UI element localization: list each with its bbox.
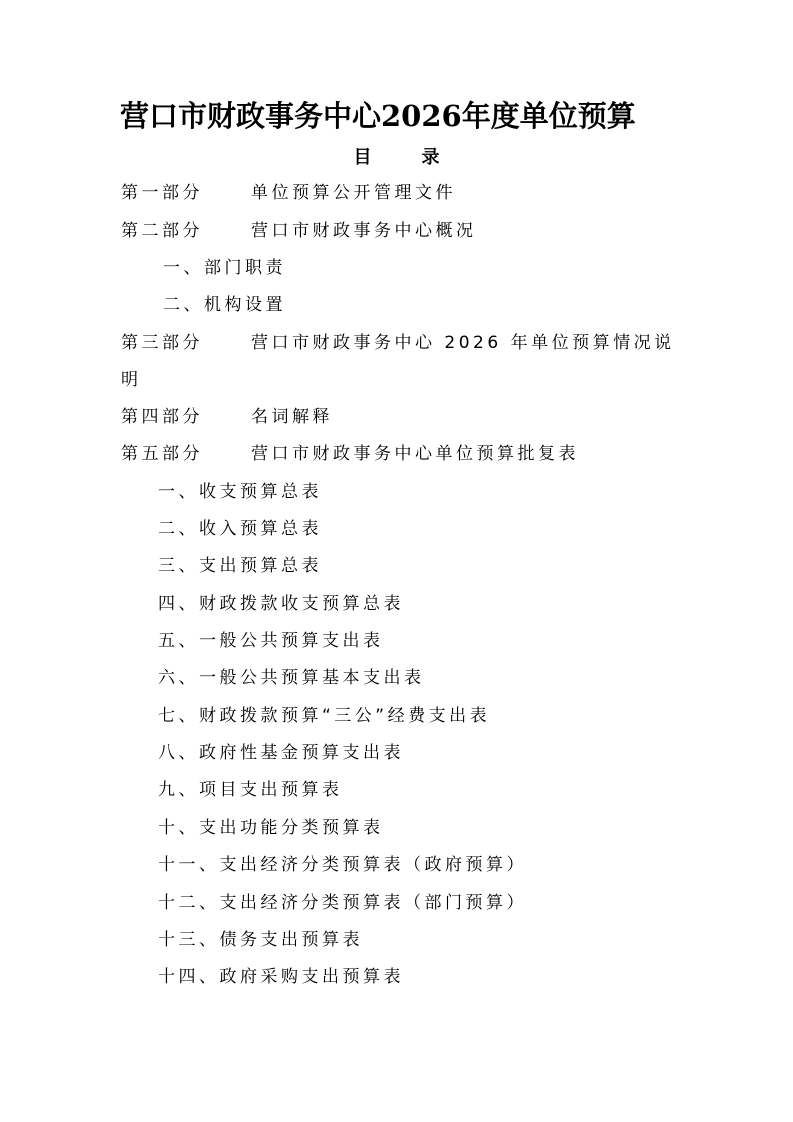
- document-title: 营口市财政事务中心2026年度单位预算: [120, 96, 636, 136]
- part-title: 名词解释: [251, 407, 333, 427]
- toc-part-4[interactable]: 第四部分名词解释: [121, 405, 333, 429]
- part-title: 营口市财政事务中心单位预算批复表: [251, 444, 579, 464]
- part-label: 第四部分: [121, 405, 251, 429]
- toc-item-part5-7[interactable]: 七、财政拨款预算“三公”经费支出表: [158, 704, 490, 728]
- toc-heading: 目录: [0, 146, 793, 170]
- toc-item-part5-11[interactable]: 十一、支出经济分类预算表（政府预算）: [158, 853, 527, 877]
- document-page: 营口市财政事务中心2026年度单位预算 目录 第一部分单位预算公开管理文件 第二…: [0, 0, 793, 1122]
- toc-heading-char-2: 录: [422, 146, 440, 170]
- toc-item-part5-9[interactable]: 九、项目支出预算表: [158, 778, 343, 802]
- toc-item-part5-3[interactable]: 三、支出预算总表: [158, 554, 322, 578]
- toc-item-part5-14[interactable]: 十四、政府采购支出预算表: [158, 965, 404, 989]
- toc-item-part5-8[interactable]: 八、政府性基金预算支出表: [158, 741, 404, 765]
- toc-item-part5-12[interactable]: 十二、支出经济分类预算表（部门预算）: [158, 891, 527, 915]
- toc-part-3-continuation: 明: [121, 368, 142, 392]
- toc-item-part5-1[interactable]: 一、收支预算总表: [158, 480, 322, 504]
- toc-item-part2-2[interactable]: 二、机构设置: [163, 293, 286, 317]
- toc-item-part5-2[interactable]: 二、收入预算总表: [158, 517, 322, 541]
- toc-item-part5-6[interactable]: 六、一般公共预算基本支出表: [158, 666, 425, 690]
- toc-part-2[interactable]: 第二部分营口市财政事务中心概况: [121, 219, 477, 243]
- toc-part-5[interactable]: 第五部分营口市财政事务中心单位预算批复表: [121, 442, 579, 466]
- toc-heading-char-1: 目: [354, 146, 372, 170]
- toc-part-1[interactable]: 第一部分单位预算公开管理文件: [121, 181, 456, 205]
- toc-item-part5-13[interactable]: 十三、债务支出预算表: [158, 928, 363, 952]
- part-title: 营口市财政事务中心 2026 年单位预算情况说: [251, 333, 675, 353]
- toc-item-part5-10[interactable]: 十、支出功能分类预算表: [158, 816, 384, 840]
- toc-item-part2-1[interactable]: 一、部门职责: [163, 256, 286, 280]
- part-title: 单位预算公开管理文件: [251, 183, 456, 203]
- part-title: 营口市财政事务中心概况: [251, 221, 477, 241]
- part-label: 第五部分: [121, 442, 251, 466]
- part-label: 第二部分: [121, 219, 251, 243]
- toc-item-part5-4[interactable]: 四、财政拨款收支预算总表: [158, 592, 404, 616]
- toc-part-3[interactable]: 第三部分营口市财政事务中心 2026 年单位预算情况说: [121, 331, 675, 355]
- part-label: 第三部分: [121, 331, 251, 355]
- toc-item-part5-5[interactable]: 五、一般公共预算支出表: [158, 629, 384, 653]
- part-label: 第一部分: [121, 181, 251, 205]
